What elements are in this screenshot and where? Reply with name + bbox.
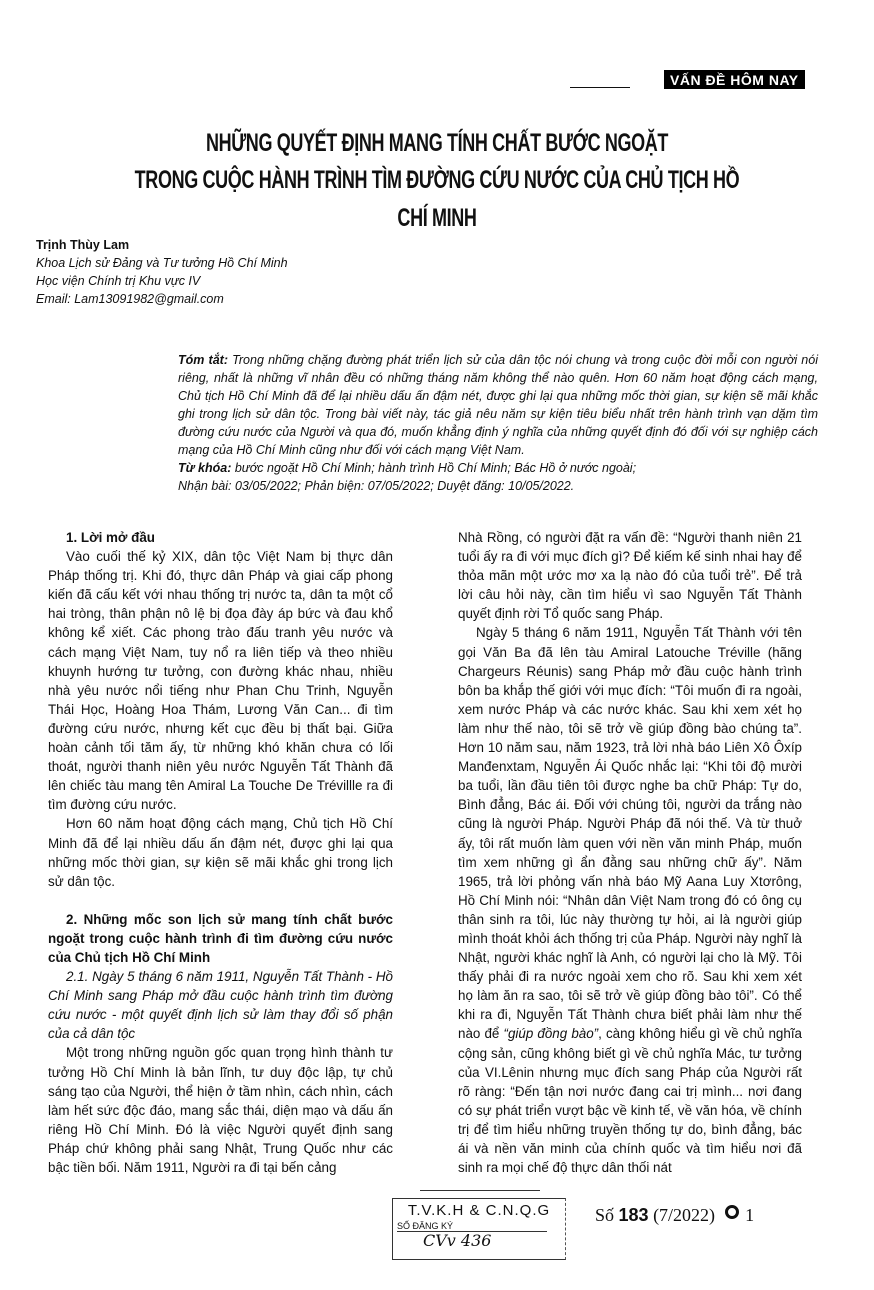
title-line-1: NHỮNG QUYẾT ĐỊNH MANG TÍNH CHẤT BƯỚC NGO… bbox=[122, 126, 751, 161]
keywords-label: Từ khóa: bbox=[178, 461, 231, 475]
subheading-2-1: 2.1. Ngày 5 tháng 6 năm 1911, Nguyễn Tất… bbox=[48, 967, 393, 1043]
author-block: Trịnh Thùy Lam Khoa Lịch sử Đảng và Tư t… bbox=[36, 236, 288, 308]
paragraph: Vào cuối thế kỷ XIX, dân tộc Việt Nam bị… bbox=[48, 547, 393, 814]
page-footer: Số 183 (7/2022)1 bbox=[595, 1205, 754, 1226]
paragraph: Hơn 60 năm hoạt động cách mạng, Chủ tịch… bbox=[48, 814, 393, 890]
abstract-label: Tóm tắt: bbox=[178, 353, 228, 367]
section-rule bbox=[570, 87, 630, 88]
page-number: 1 bbox=[745, 1205, 754, 1225]
article-title: NHỮNG QUYẾT ĐỊNH MANG TÍNH CHẤT BƯỚC NGO… bbox=[0, 126, 874, 237]
left-column: 1. Lời mở đầu Vào cuối thế kỷ XIX, dân t… bbox=[48, 528, 393, 1177]
abstract-text: Trong những chặng đường phát triển lịch … bbox=[178, 353, 818, 457]
abstract-paragraph: Tóm tắt: Trong những chặng đường phát tr… bbox=[178, 351, 818, 459]
right-column: Nhà Rồng, có người đặt ra vấn đề: “Người… bbox=[458, 528, 802, 1177]
issue-number: 183 bbox=[619, 1205, 649, 1225]
author-affiliation-2: Học viện Chính trị Khu vực IV bbox=[36, 272, 288, 290]
issue-date: (7/2022) bbox=[649, 1205, 716, 1225]
bottom-rule bbox=[420, 1190, 540, 1191]
keywords: Từ khóa: bước ngoặt Hồ Chí Minh; hành tr… bbox=[178, 459, 818, 477]
article-dates: Nhận bài: 03/05/2022; Phản biện: 07/05/2… bbox=[178, 477, 818, 495]
paragraph: Nhà Rồng, có người đặt ra vấn đề: “Người… bbox=[458, 528, 802, 623]
bullet-icon bbox=[725, 1205, 739, 1219]
author-affiliation-1: Khoa Lịch sử Đảng và Tư tưởng Hồ Chí Min… bbox=[36, 254, 288, 272]
paragraph-text: , càng không hiểu gì về chủ nghĩa cộng s… bbox=[458, 1026, 802, 1175]
emphasis-quote: “giúp đồng bào” bbox=[504, 1026, 599, 1041]
author-email: Email: Lam13091982@gmail.com bbox=[36, 290, 288, 308]
paragraph-text: Ngày 5 tháng 6 năm 1911, Nguyễn Tất Thàn… bbox=[458, 625, 802, 1041]
keywords-text: bước ngoặt Hồ Chí Minh; hành trình Hồ Ch… bbox=[231, 461, 636, 475]
issue-prefix: Số bbox=[595, 1205, 619, 1225]
abstract-block: Tóm tắt: Trong những chặng đường phát tr… bbox=[178, 351, 818, 495]
stamp-institution: T.V.K.H & C.N.Q.G bbox=[393, 1202, 565, 1219]
stamp-registration-number: CVv 436 bbox=[423, 1231, 565, 1250]
section-header: VẤN ĐỀ HÔM NAY bbox=[620, 70, 794, 90]
author-name: Trịnh Thùy Lam bbox=[36, 236, 288, 254]
paragraph: Một trong những nguồn gốc quan trọng hìn… bbox=[48, 1043, 393, 1177]
heading-introduction: 1. Lời mở đầu bbox=[48, 528, 393, 547]
paragraph: Ngày 5 tháng 6 năm 1911, Nguyễn Tất Thàn… bbox=[458, 623, 802, 1177]
library-stamp: T.V.K.H & C.N.Q.G SỐ ĐĂNG KÝ CVv 436 bbox=[392, 1198, 566, 1260]
heading-section-2: 2. Những mốc son lịch sử mang tính chất … bbox=[48, 910, 393, 967]
section-tag: VẤN ĐỀ HÔM NAY bbox=[664, 70, 805, 89]
title-line-2: TRONG CUỘC HÀNH TRÌNH TÌM ĐƯỜNG CỨU NƯỚC… bbox=[122, 161, 751, 237]
